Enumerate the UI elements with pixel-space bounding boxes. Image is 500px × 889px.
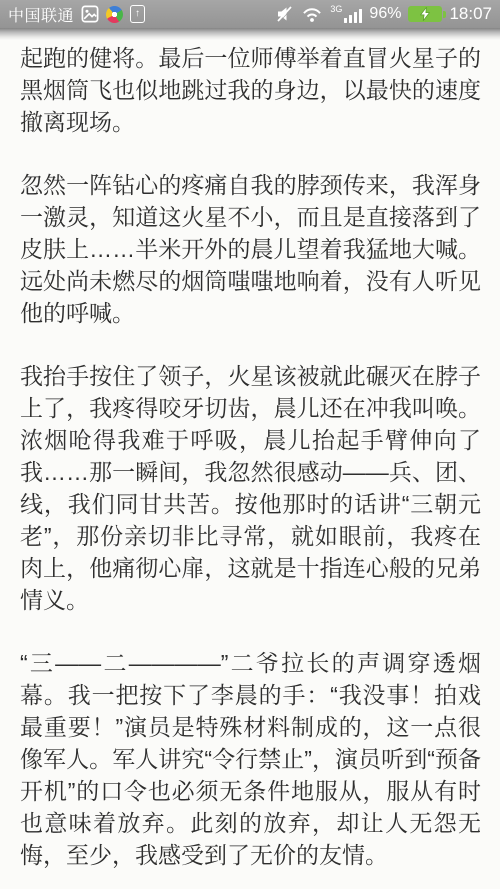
upload-icon: ↑ xyxy=(130,5,145,23)
picture-icon xyxy=(81,5,99,23)
battery-percent-label: 96% xyxy=(369,5,401,23)
reader-page[interactable]: 起跑的健将。最后一位师傅举着直冒火星子的黑烟筒飞也似地跳过我的身边，以最快的速度… xyxy=(0,40,500,889)
signal-strength-indicator: 3G xyxy=(330,5,362,23)
status-bar-left: 中国联通 ↑ xyxy=(8,3,145,26)
clock-label: 18:07 xyxy=(449,4,492,24)
paragraph: 我抬手按住了领子，火星该被就此碾灭在脖子上了，我疼得咬牙切齿，晨儿还在冲我叫唤。… xyxy=(20,360,481,616)
phone-screen: 中国联通 ↑ xyxy=(0,0,500,889)
status-bar-right: 3G 96% 18:07 xyxy=(276,4,492,24)
paragraph: 起跑的健将。最后一位师傅举着直冒火星子的黑烟筒飞也似地跳过我的身边，以最快的速度… xyxy=(20,42,481,138)
paragraph: 忽然一阵钻心的疼痛自我的脖颈传来，我浑身一激灵，知道这火星不小，而且是直接落到了… xyxy=(20,169,481,329)
battery-charging-icon xyxy=(408,6,442,22)
wifi-icon xyxy=(301,6,323,23)
mute-icon xyxy=(276,5,294,23)
status-bar-shadow xyxy=(0,28,500,40)
paragraph: “三——二————”二爷拉长的声调穿透烟幕。我一把按下了李晨的手：“我没事！拍戏… xyxy=(20,647,481,871)
browser-pinwheel-icon xyxy=(106,6,123,23)
signal-bars-icon xyxy=(344,8,362,23)
status-bar: 中国联通 ↑ xyxy=(0,0,500,28)
network-type-label: 3G xyxy=(330,5,342,14)
carrier-label: 中国联通 xyxy=(8,3,74,26)
